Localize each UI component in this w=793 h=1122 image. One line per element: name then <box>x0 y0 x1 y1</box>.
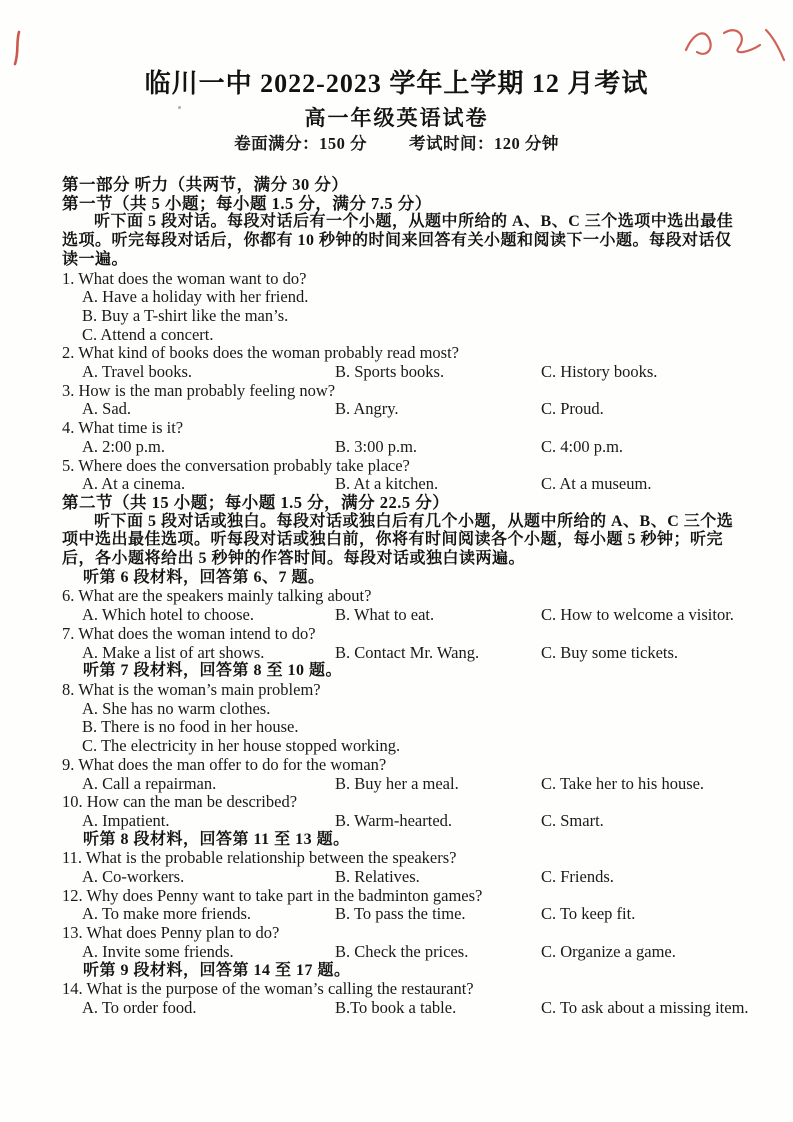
question-line: 8. What is the woman’s main problem? <box>62 681 762 700</box>
option-C: C. 4:00 p.m. <box>541 438 762 457</box>
option-C: C. Smart. <box>541 812 762 831</box>
option-C: C. History books. <box>541 363 762 382</box>
exam-duration-label: 考试时间：120 分钟 <box>409 130 559 154</box>
option-line: B. There is no food in her house. <box>62 718 762 737</box>
option-A: A. Co-workers. <box>82 868 335 887</box>
option-C: C. Buy some tickets. <box>541 644 762 663</box>
option-A: A. To make more friends. <box>82 905 335 924</box>
audio-cue-line: 听第 9 段材料，回答第 14 至 17 题。 <box>62 962 762 981</box>
option-A: A. Travel books. <box>82 363 335 382</box>
option-B: B. Relatives. <box>335 868 541 887</box>
scan-content: 临川一中 2022-2023 学年上学期 12 月考试 高一年级英语试卷 卷面满… <box>0 0 793 1122</box>
question-line: 7. What does the woman intend to do? <box>62 625 762 644</box>
option-row: A. Impatient.B. Warm-hearted.C. Smart. <box>62 812 762 831</box>
option-A: A. Sad. <box>82 400 335 419</box>
scan-artifact-dot <box>178 106 181 109</box>
instruction-line: 选项。听完每段对话后，你都有 10 秒钟的时间来回答有关小题和阅读下一小题。每段… <box>62 232 762 251</box>
option-B: B. At a kitchen. <box>335 475 541 494</box>
option-B: B. What to eat. <box>335 606 541 625</box>
section-heading: 第一部分 听力（共两节，满分 30 分） <box>62 176 762 195</box>
paper-meta: 卷面满分：150 分 考试时间：120 分钟 <box>0 130 793 154</box>
question-line: 2. What kind of books does the woman pro… <box>62 344 762 363</box>
option-line: C. The electricity in her house stopped … <box>62 737 762 756</box>
question-line: 12. Why does Penny want to take part in … <box>62 887 762 906</box>
audio-cue-line: 听第 6 段材料，回答第 6、7 题。 <box>62 569 762 588</box>
option-A: A. Make a list of art shows. <box>82 644 335 663</box>
question-line: 11. What is the probable relationship be… <box>62 849 762 868</box>
audio-cue-line: 听第 7 段材料，回答第 8 至 10 题。 <box>62 662 762 681</box>
question-line: 5. Where does the conversation probably … <box>62 457 762 476</box>
option-line: A. Have a holiday with her friend. <box>62 288 762 307</box>
option-B: B. To pass the time. <box>335 905 541 924</box>
question-line: 9. What does the man offer to do for the… <box>62 756 762 775</box>
option-line: B. Buy a T-shirt like the man’s. <box>62 307 762 326</box>
option-C: C. How to welcome a visitor. <box>541 606 762 625</box>
option-C: C. Friends. <box>541 868 762 887</box>
question-line: 3. How is the man probably feeling now? <box>62 382 762 401</box>
option-C: C. Organize a game. <box>541 943 762 962</box>
option-row: A. Which hotel to choose.B. What to eat.… <box>62 606 762 625</box>
option-C: C. Take her to his house. <box>541 775 762 794</box>
option-B: B. Warm-hearted. <box>335 812 541 831</box>
option-B: B. Angry. <box>335 400 541 419</box>
option-row: A. Make a list of art shows.B. Contact M… <box>62 644 762 663</box>
instruction-line: 听下面 5 段对话。每段对话后有一个小题，从题中所给的 A、B、C 三个选项中选… <box>62 213 762 232</box>
option-A: A. At a cinema. <box>82 475 335 494</box>
option-C: C. Proud. <box>541 400 762 419</box>
option-B: B. Sports books. <box>335 363 541 382</box>
option-A: A. Impatient. <box>82 812 335 831</box>
option-A: A. Invite some friends. <box>82 943 335 962</box>
option-row: A. Invite some friends.B. Check the pric… <box>62 943 762 962</box>
full-score-label: 卷面满分：150 分 <box>234 130 367 154</box>
option-row: A. Travel books.B. Sports books.C. Histo… <box>62 363 762 382</box>
instruction-line: 项中选出最佳选项。听每段对话或独白前，你将有时间阅读各个小题，每小题 5 秒钟；… <box>62 531 762 550</box>
option-B: B. Check the prices. <box>335 943 541 962</box>
instruction-line: 听下面 5 段对话或独白。每段对话或独白后有几个小题，从题中所给的 A、B、C … <box>62 513 762 532</box>
instruction-line: 后，各小题将给出 5 秒钟的作答时间。每段对话或独白读两遍。 <box>62 550 762 569</box>
question-line: 10. How can the man be described? <box>62 793 762 812</box>
document-body: 第一部分 听力（共两节，满分 30 分）第一节（共 5 小题；每小题 1.5 分… <box>62 176 762 1018</box>
option-row: A. 2:00 p.m.B. 3:00 p.m.C. 4:00 p.m. <box>62 438 762 457</box>
option-C: C. To keep fit. <box>541 905 762 924</box>
paper-subtitle: 高一年级英语试卷 <box>0 102 793 132</box>
option-A: A. Which hotel to choose. <box>82 606 335 625</box>
option-B: B. Contact Mr. Wang. <box>335 644 541 663</box>
option-C: C. To ask about a missing item. <box>541 999 762 1018</box>
option-line: A. She has no warm clothes. <box>62 700 762 719</box>
exam-title: 临川一中 2022-2023 学年上学期 12 月考试 <box>0 63 793 100</box>
option-B: B. Buy her a meal. <box>335 775 541 794</box>
option-row: A. Sad.B. Angry.C. Proud. <box>62 400 762 419</box>
option-row: A. To order food.B.To book a table.C. To… <box>62 999 762 1018</box>
option-C: C. At a museum. <box>541 475 762 494</box>
option-line: C. Attend a concert. <box>62 326 762 345</box>
question-line: 4. What time is it? <box>62 419 762 438</box>
subsection-heading: 第二节（共 15 小题；每小题 1.5 分，满分 22.5 分） <box>62 494 762 513</box>
option-row: A. To make more friends.B. To pass the t… <box>62 905 762 924</box>
question-line: 6. What are the speakers mainly talking … <box>62 587 762 606</box>
option-A: A. Call a repairman. <box>82 775 335 794</box>
option-A: A. To order food. <box>82 999 335 1018</box>
scanned-exam-page: 临川一中 2022-2023 学年上学期 12 月考试 高一年级英语试卷 卷面满… <box>0 0 793 1122</box>
instruction-line: 读一遍。 <box>62 251 762 270</box>
option-row: A. Co-workers.B. Relatives.C. Friends. <box>62 868 762 887</box>
option-A: A. 2:00 p.m. <box>82 438 335 457</box>
option-row: A. At a cinema.B. At a kitchen.C. At a m… <box>62 475 762 494</box>
subsection-heading: 第一节（共 5 小题；每小题 1.5 分，满分 7.5 分） <box>62 195 762 214</box>
question-line: 14. What is the purpose of the woman’s c… <box>62 980 762 999</box>
audio-cue-line: 听第 8 段材料，回答第 11 至 13 题。 <box>62 831 762 850</box>
option-B: B.To book a table. <box>335 999 541 1018</box>
question-line: 1. What does the woman want to do? <box>62 270 762 289</box>
option-B: B. 3:00 p.m. <box>335 438 541 457</box>
option-row: A. Call a repairman.B. Buy her a meal.C.… <box>62 775 762 794</box>
question-line: 13. What does Penny plan to do? <box>62 924 762 943</box>
